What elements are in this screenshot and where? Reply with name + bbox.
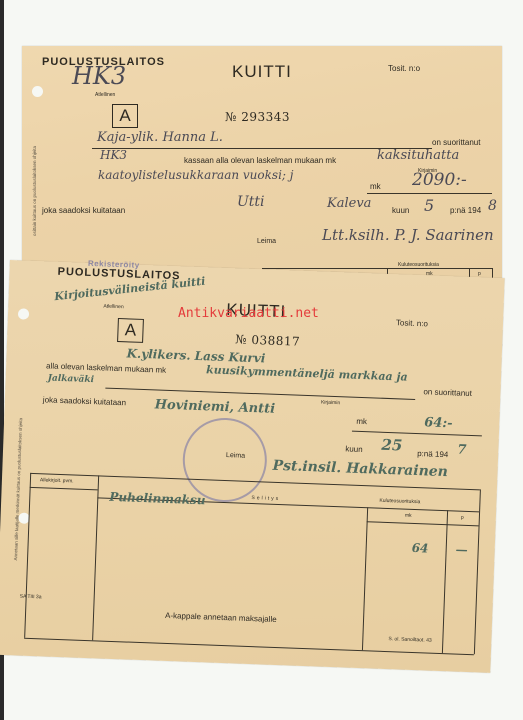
amount-words-line <box>105 388 415 400</box>
mk-label: mk <box>370 182 381 191</box>
month-handwritten: Kaleva <box>327 196 371 211</box>
table-divider <box>92 475 99 640</box>
signature-handwritten: Pst.insil. Hakkarainen <box>272 458 448 480</box>
table-divider <box>362 507 368 650</box>
amount-words-handwritten: kuusikymmentäneljä markkaa ja <box>206 363 408 383</box>
place-handwritten: Utti <box>237 194 265 210</box>
row-description-handwritten: Puhelinmaksu <box>109 490 206 508</box>
amount-line <box>352 431 482 437</box>
month-label: kuun <box>345 444 363 454</box>
form-code: SA TIII 3a <box>20 594 42 601</box>
amount-caption: Kirjaimin <box>321 399 340 406</box>
month-label: kuun <box>392 206 409 215</box>
receipt-bottom: Annetaan sille laatijalle merkinnät kuit… <box>0 260 505 673</box>
number-prefix: № <box>225 110 237 124</box>
unit-handwritten: HK3 <box>72 62 126 90</box>
copy-letter-box: A <box>112 104 138 128</box>
amount-handwritten: 2090:- <box>412 170 467 190</box>
receipt-title: KUITTI <box>232 62 292 82</box>
voucher-number-label: Tosit. n:o <box>396 318 428 328</box>
side-text: Annetaan sille laatijalle merkinnät kuit… <box>13 418 23 561</box>
col-p: p <box>461 515 464 521</box>
table-subheader-line <box>367 521 479 526</box>
statute-text: joka saadoksi kuitataan <box>43 395 126 407</box>
table-top-line <box>262 268 492 269</box>
signature-handwritten: Ltt.ksilh. P. J. Saarinen <box>322 226 494 244</box>
day-handwritten: 5 <box>424 196 434 215</box>
day-handwritten: 25 <box>381 436 403 455</box>
voucher-number-label: Tosit. n:o <box>388 64 420 73</box>
number-value: 038817 <box>251 333 300 349</box>
date-label: p:nä 194 <box>417 449 448 459</box>
unit-line2-handwritten: Jalkaväki <box>48 373 95 385</box>
side-text: osittain kuittaus on puolustuslaitoksen … <box>32 146 37 236</box>
amount-handwritten: 64:- <box>424 415 453 431</box>
table-left-border <box>24 473 31 638</box>
statute-text: joka saadoksi kuitataan <box>42 206 125 215</box>
amount-words-handwritten: kaksituhatta <box>377 148 459 163</box>
payer-handwritten: K.ylikers. Lass Kurvi <box>126 346 265 365</box>
paid-label: on suorittanut <box>423 387 472 398</box>
number-value: 293343 <box>241 110 290 124</box>
table-divider <box>442 510 448 653</box>
table-right-border <box>474 489 481 654</box>
punch-hole <box>18 308 29 319</box>
paid-label: on suorittanut <box>432 138 480 147</box>
place-handwritten: Hoviniemi, Antti <box>155 397 276 416</box>
unit-caption: Atlellinen <box>95 92 115 98</box>
col-left-header: Allekirjoit. pvm. <box>40 477 74 484</box>
col-acc-header: Kuluteosuorituksia <box>379 498 420 505</box>
year-suffix-handwritten: 8 <box>488 198 497 214</box>
col-p: p <box>478 271 481 277</box>
date-label: p:nä 194 <box>450 206 481 215</box>
unit-line2-handwritten: HK3 <box>100 148 127 162</box>
footer-text: A-kappale annetaan maksajalle <box>165 611 277 624</box>
receipt-number: № 038817 <box>235 332 300 348</box>
official-stamp <box>181 416 268 503</box>
purpose-handwritten: kaatoylistelusukkaraan vuoksi; j <box>98 168 293 182</box>
number-prefix: № <box>235 332 247 346</box>
cash-text: alla olevan laskelman mukaan mk <box>46 361 166 374</box>
table-left-header-line <box>30 487 98 490</box>
payer-handwritten: Kaja-ylik. Hanna L. <box>97 130 223 145</box>
stamp-label: Leima <box>257 238 276 245</box>
row-mk-handwritten: 64 <box>411 541 428 556</box>
mk-label: mk <box>356 417 367 426</box>
watermark: Antikvariaatti.net <box>178 306 319 321</box>
col-desc-header: Selitys <box>251 495 280 502</box>
printer-text: S. ol. Sanoiltaot. 43 <box>388 636 432 644</box>
col-mk: mk <box>405 513 412 519</box>
receipt-number: № 293343 <box>225 110 290 124</box>
year-suffix-handwritten: 7 <box>457 443 467 458</box>
amount-line <box>367 193 492 194</box>
row-p-handwritten: — <box>455 543 468 557</box>
punch-hole <box>32 86 43 97</box>
cash-text: kassaan alla olevan laskelman mukaan mk <box>184 156 336 165</box>
unit-caption: Atlellinen <box>103 303 124 310</box>
copy-letter-box: A <box>117 318 144 343</box>
stamp-label: Leima <box>226 452 245 460</box>
